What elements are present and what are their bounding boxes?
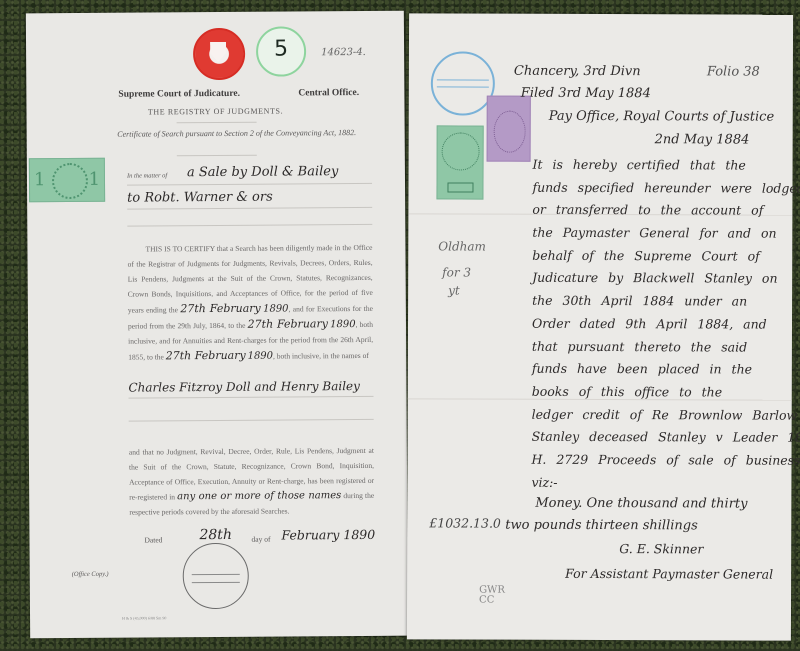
chancery-line: Chancery, 3rd Divn	[514, 64, 641, 79]
folio-number: Folio 38	[707, 64, 760, 79]
matter-line-2: to Robt. Warner & ors	[127, 190, 273, 206]
handwritten-year: 1890	[330, 319, 356, 330]
money-line-2: two pounds thirteen shillings	[505, 518, 698, 534]
green-stamp-seal-icon: 5	[256, 26, 306, 76]
body-line: Order dated 9th April 1884, and	[532, 313, 790, 337]
paymaster-certificate-document: Chancery, 3rd Divn Folio 38 Filed 3rd Ma…	[407, 13, 793, 640]
signature-title: For Assistant Paymaster General	[565, 566, 773, 582]
handwritten-year: 1890	[248, 351, 274, 362]
certificate-title: Certificate of Search pursuant to Sectio…	[117, 127, 357, 141]
certificate-body-lines: It is hereby certified that thefunds spe…	[531, 154, 790, 495]
margin-note-for: for 3	[442, 265, 471, 279]
body-line: funds have been placed in the	[532, 358, 790, 382]
body-line: the Paymaster General for and on	[532, 222, 790, 246]
registry-date-postmark-icon	[183, 543, 249, 609]
divider	[177, 155, 257, 157]
body-line: Judicature by Blackwell Stanley on	[532, 267, 790, 291]
pay-office-line: Pay Office, Royal Courts of Justice	[549, 109, 774, 125]
money-line-1: Money. One thousand and thirty	[535, 496, 747, 512]
body-line: or transferred to the account of	[532, 199, 790, 223]
body-text: , both inclusive, in the names of	[273, 351, 369, 361]
day-of-label: day of	[251, 535, 270, 544]
margin-note-oldham: Oldham	[438, 239, 486, 253]
certificate-body: THIS IS TO CERTIFY that a Search has bee…	[127, 240, 373, 365]
handwritten-clause: any one or more of those names	[177, 490, 341, 502]
amount: £1032.13.0	[429, 515, 501, 530]
seal-number: 5	[258, 36, 304, 61]
handwritten-date: 27th February	[248, 317, 328, 331]
court-name: Supreme Court of Judicature.	[118, 89, 240, 100]
registry-heading: THE REGISTRY OF JUDGMENTS.	[26, 106, 404, 118]
handwritten-date: 27th February	[180, 302, 261, 316]
blue-office-stamp-icon	[431, 51, 495, 115]
divider	[177, 122, 257, 124]
body-line: books of this office to the	[532, 381, 790, 405]
search-certificate-document: 5 14623-4. Supreme Court of Judicature. …	[26, 11, 408, 639]
printer-mark: H & S (45,000) 6/88 Sm 90	[122, 615, 166, 620]
body-line: Stanley deceased Stanley v Leader 1882	[532, 426, 790, 450]
office-date: 2nd May 1884	[655, 132, 750, 147]
initials-stamp: GWR CC	[479, 586, 509, 606]
body-line: the 30th April 1884 under an	[532, 290, 790, 314]
matter-label: In the matter of	[127, 172, 167, 179]
underline	[129, 419, 374, 422]
office-copy-label: (Office Copy.)	[72, 571, 109, 578]
body-line: It is hereby certified that the	[533, 154, 791, 178]
green-revenue-stamp-icon	[436, 125, 483, 199]
signature: G. E. Skinner	[619, 541, 703, 556]
body-lines-container: It is hereby certified that thefunds spe…	[531, 154, 790, 495]
matter-line-1: a Sale by Doll & Bailey	[187, 164, 338, 180]
dated-day: 28th	[199, 527, 232, 543]
body-line: behalf of the Supreme Court of	[532, 245, 790, 269]
dated-month-year: February 1890	[281, 527, 375, 543]
violet-revenue-stamp-icon	[487, 96, 531, 162]
body-line: ledger credit of Re Brownlow Barlow	[532, 403, 790, 427]
body-line: that pursuant thereto the said	[532, 335, 790, 359]
body-line: funds specified hereunder were lodged	[532, 176, 790, 200]
office-name: Central Office.	[298, 88, 359, 98]
margin-note-yt: yt	[448, 283, 460, 297]
certificate-body-continued: and that no Judgment, Revival, Decree, O…	[129, 443, 375, 520]
one-pound-revenue-stamp-icon: 1 1	[29, 158, 105, 203]
red-court-seal-icon	[193, 28, 245, 80]
underline	[129, 396, 374, 399]
filed-line: Filed 3rd May 1884	[521, 86, 651, 101]
underline	[127, 207, 372, 210]
underline	[127, 224, 372, 227]
handwritten-date: 27th February	[166, 349, 246, 363]
underline	[127, 183, 372, 186]
reference-number: 14623-4.	[321, 47, 366, 58]
handwritten-year: 1890	[263, 304, 289, 315]
body-line: viz:-	[531, 471, 789, 495]
dated-label: Dated	[144, 535, 162, 544]
party-names: Charles Fitzroy Doll and Henry Bailey	[128, 379, 360, 395]
body-line: H. 2729 Proceeds of sale of business	[531, 449, 789, 473]
